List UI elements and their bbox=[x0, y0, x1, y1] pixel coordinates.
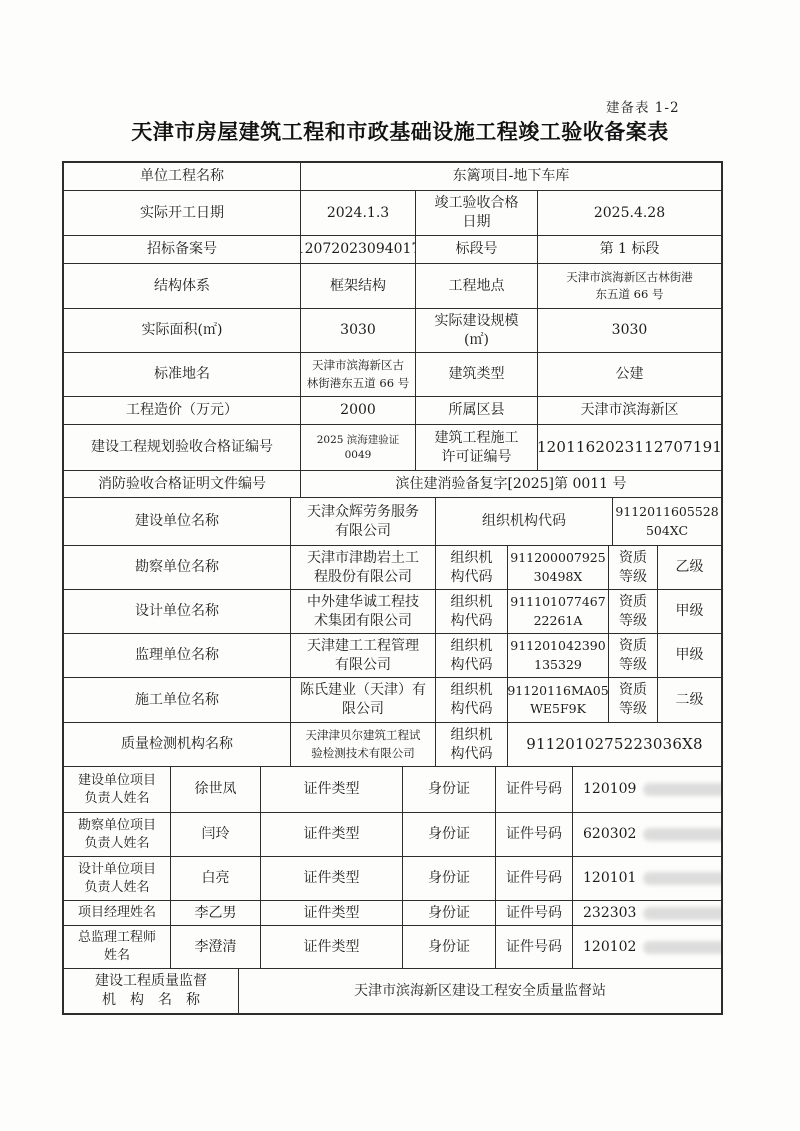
value-cell: 2025.4.28 bbox=[538, 191, 721, 235]
table-row: 工程造价（万元）2000所属区县天津市滨海新区 bbox=[64, 397, 721, 425]
label-cell: 标准地名 bbox=[64, 353, 301, 396]
form-code: 建备表 1-2 bbox=[606, 96, 680, 116]
value-cell: 120101 bbox=[573, 857, 721, 900]
value-cell: 身份证 bbox=[403, 926, 496, 968]
value-cell: 二级 bbox=[658, 678, 721, 722]
label-cell: 建设工程规划验收合格证编号 bbox=[64, 425, 301, 470]
label-cell: 总监理工程师 姓名 bbox=[64, 926, 171, 968]
label-cell: 工程地点 bbox=[416, 264, 538, 308]
label-cell: 证件类型 bbox=[261, 926, 403, 968]
value-cell: 1201162023112707191 bbox=[538, 425, 721, 470]
value-cell: 620302 bbox=[573, 813, 721, 856]
value-cell: 滨住建消验备复字[2025]第 0011 号 bbox=[301, 471, 721, 497]
label-cell: 勘察单位名称 bbox=[64, 546, 291, 589]
label-cell: 证件类型 bbox=[261, 813, 403, 856]
value-cell: 身份证 bbox=[403, 767, 496, 812]
value-cell: 甲级 bbox=[658, 590, 721, 633]
label-cell: 结构体系 bbox=[64, 264, 301, 308]
value-cell: 3030 bbox=[538, 309, 721, 352]
table-row: 勘察单位名称天津市津勘岩土工 程股份有限公司组织机 构代码91120000792… bbox=[64, 546, 721, 590]
label-cell: 证件类型 bbox=[261, 767, 403, 812]
table-row: 勘察单位项目 负责人姓名闫玲证件类型身份证证件号码620302 bbox=[64, 813, 721, 857]
redaction-blur bbox=[643, 907, 721, 920]
table-row: 设计单位名称中外建华诚工程技 术集团有限公司组织机 构代码91110107746… bbox=[64, 590, 721, 634]
page: { "page": { "form_code": "建备表 1-2", "tit… bbox=[0, 0, 800, 1131]
value-cell: 身份证 bbox=[403, 857, 496, 900]
table-row: 建设单位名称天津众辉劳务服务 有限公司组织机构代码9112011605528 5… bbox=[64, 498, 721, 546]
label-cell: 证件号码 bbox=[496, 813, 573, 856]
table-row: 项目经理姓名李乙男证件类型身份证证件号码232303 bbox=[64, 901, 721, 926]
value-cell: 2025 滨海建验证 0049 bbox=[301, 425, 416, 470]
label-cell: 证件号码 bbox=[496, 901, 573, 925]
table-row: 监理单位名称天津建工工程管理 有限公司组织机 构代码911201042390 1… bbox=[64, 634, 721, 678]
label-cell: 实际开工日期 bbox=[64, 191, 301, 235]
table-row: 建设单位项目 负责人姓名徐世凤证件类型身份证证件号码120109 bbox=[64, 767, 721, 813]
table-row: 实际面积(㎡)3030实际建设规模 (㎡)3030 bbox=[64, 309, 721, 353]
value-cell: 天津市滨海新区 bbox=[538, 397, 721, 424]
label-cell: 设计单位名称 bbox=[64, 590, 291, 633]
table-row: 结构体系框架结构工程地点天津市滨海新区古林街港 东五道 66 号 bbox=[64, 264, 721, 309]
value-cell: 框架结构 bbox=[301, 264, 416, 308]
table-row: 消防验收合格证明文件编号滨住建消验备复字[2025]第 0011 号 bbox=[64, 471, 721, 498]
value-cell: 徐世凤 bbox=[171, 767, 261, 812]
value-cell: 身份证 bbox=[403, 813, 496, 856]
value-cell: 白亮 bbox=[171, 857, 261, 900]
label-cell: 勘察单位项目 负责人姓名 bbox=[64, 813, 171, 856]
label-cell: 资质 等级 bbox=[609, 678, 658, 722]
table-row: 质量检测机构名称天津津贝尔建筑工程试 验检测技术有限公司组织机 构代码91120… bbox=[64, 723, 721, 767]
label-cell: 工程造价（万元） bbox=[64, 397, 301, 424]
value-cell: 120109 bbox=[573, 767, 721, 812]
label-cell: 建设工程质量监督 机 构 名 称 bbox=[64, 969, 239, 1013]
table-row: 标准地名天津市滨海新区古 林街港东五道 66 号建筑类型公建 bbox=[64, 353, 721, 397]
label-cell: 消防验收合格证明文件编号 bbox=[64, 471, 301, 497]
label-cell: 证件类型 bbox=[261, 857, 403, 900]
table-row: 实际开工日期2024.1.3竣工验收合格 日期2025.4.28 bbox=[64, 191, 721, 236]
value-cell: 2024.1.3 bbox=[301, 191, 416, 235]
label-cell: 单位工程名称 bbox=[64, 163, 301, 190]
value-cell: 天津市滨海新区建设工程安全质量监督站 bbox=[239, 969, 721, 1013]
value-cell: 911201042390 135329 bbox=[508, 634, 609, 677]
value-cell: 12072023094017 bbox=[301, 236, 416, 263]
label-cell: 项目经理姓名 bbox=[64, 901, 171, 925]
label-cell: 建筑类型 bbox=[416, 353, 538, 396]
value-cell: 911101077467 22261A bbox=[508, 590, 609, 633]
value-cell: 李澄清 bbox=[171, 926, 261, 968]
value-cell: 东篱项目-地下车库 bbox=[301, 163, 721, 190]
label-cell: 设计单位项目 负责人姓名 bbox=[64, 857, 171, 900]
label-cell: 证件类型 bbox=[261, 901, 403, 925]
table-row: 设计单位项目 负责人姓名白亮证件类型身份证证件号码120101 bbox=[64, 857, 721, 901]
label-cell: 组织机 构代码 bbox=[436, 723, 508, 766]
id-number-prefix: 232303 bbox=[583, 904, 636, 923]
table-row: 施工单位名称陈氏建业（天津）有 限公司组织机 构代码91120116MA05 W… bbox=[64, 678, 721, 723]
table-row: 单位工程名称东篱项目-地下车库 bbox=[64, 163, 721, 191]
id-number-prefix: 120101 bbox=[583, 869, 636, 888]
label-cell: 组织机 构代码 bbox=[436, 546, 508, 589]
value-cell: 911200007925 30498X bbox=[508, 546, 609, 589]
redaction-blur bbox=[643, 941, 721, 954]
value-cell: 天津建工工程管理 有限公司 bbox=[291, 634, 436, 677]
label-cell: 建设单位项目 负责人姓名 bbox=[64, 767, 171, 812]
value-cell: 天津众辉劳务服务 有限公司 bbox=[291, 498, 436, 545]
label-cell: 标段号 bbox=[416, 236, 538, 263]
value-cell: 天津市津勘岩土工 程股份有限公司 bbox=[291, 546, 436, 589]
label-cell: 所属区县 bbox=[416, 397, 538, 424]
value-cell: 3030 bbox=[301, 309, 416, 352]
value-cell: 公建 bbox=[538, 353, 721, 396]
label-cell: 组织机 构代码 bbox=[436, 678, 508, 722]
id-number-prefix: 620302 bbox=[583, 825, 636, 844]
page-title: 天津市房屋建筑工程和市政基础设施工程竣工验收备案表 bbox=[0, 116, 800, 146]
label-cell: 组织机构代码 bbox=[436, 498, 613, 545]
label-cell: 资质 等级 bbox=[609, 546, 658, 589]
value-cell: 李乙男 bbox=[171, 901, 261, 925]
label-cell: 实际面积(㎡) bbox=[64, 309, 301, 352]
value-cell: 乙级 bbox=[658, 546, 721, 589]
value-cell: 中外建华诚工程技 术集团有限公司 bbox=[291, 590, 436, 633]
table-row: 总监理工程师 姓名李澄清证件类型身份证证件号码120102 bbox=[64, 926, 721, 969]
table-row: 招标备案号12072023094017标段号第 1 标段 bbox=[64, 236, 721, 264]
label-cell: 资质 等级 bbox=[609, 590, 658, 633]
value-cell: 身份证 bbox=[403, 901, 496, 925]
label-cell: 招标备案号 bbox=[64, 236, 301, 263]
label-cell: 建设单位名称 bbox=[64, 498, 291, 545]
id-number-prefix: 120109 bbox=[583, 780, 636, 799]
table-row: 建设工程规划验收合格证编号2025 滨海建验证 0049建筑工程施工 许可证编号… bbox=[64, 425, 721, 471]
value-cell: 陈氏建业（天津）有 限公司 bbox=[291, 678, 436, 722]
value-cell: 9112010275223036X8 bbox=[508, 723, 721, 766]
filing-table: 单位工程名称东篱项目-地下车库实际开工日期2024.1.3竣工验收合格 日期20… bbox=[62, 161, 723, 1015]
value-cell: 232303 bbox=[573, 901, 721, 925]
value-cell: 第 1 标段 bbox=[538, 236, 721, 263]
table-row: 建设工程质量监督 机 构 名 称天津市滨海新区建设工程安全质量监督站 bbox=[64, 969, 721, 1013]
label-cell: 建筑工程施工 许可证编号 bbox=[416, 425, 538, 470]
label-cell: 质量检测机构名称 bbox=[64, 723, 291, 766]
label-cell: 证件号码 bbox=[496, 767, 573, 812]
label-cell: 证件号码 bbox=[496, 926, 573, 968]
value-cell: 天津市滨海新区古 林街港东五道 66 号 bbox=[301, 353, 416, 396]
label-cell: 竣工验收合格 日期 bbox=[416, 191, 538, 235]
id-number-prefix: 120102 bbox=[583, 938, 636, 957]
label-cell: 组织机 构代码 bbox=[436, 590, 508, 633]
label-cell: 实际建设规模 (㎡) bbox=[416, 309, 538, 352]
redaction-blur bbox=[643, 828, 721, 841]
label-cell: 证件号码 bbox=[496, 857, 573, 900]
redaction-blur bbox=[643, 872, 721, 885]
redaction-blur bbox=[643, 783, 721, 796]
value-cell: 9112011605528 504XC bbox=[613, 498, 721, 545]
value-cell: 天津津贝尔建筑工程试 验检测技术有限公司 bbox=[291, 723, 436, 766]
value-cell: 120102 bbox=[573, 926, 721, 968]
label-cell: 组织机 构代码 bbox=[436, 634, 508, 677]
label-cell: 资质 等级 bbox=[609, 634, 658, 677]
value-cell: 2000 bbox=[301, 397, 416, 424]
value-cell: 甲级 bbox=[658, 634, 721, 677]
value-cell: 91120116MA05 WE5F9K bbox=[508, 678, 609, 722]
label-cell: 监理单位名称 bbox=[64, 634, 291, 677]
value-cell: 天津市滨海新区古林街港 东五道 66 号 bbox=[538, 264, 721, 308]
label-cell: 施工单位名称 bbox=[64, 678, 291, 722]
value-cell: 闫玲 bbox=[171, 813, 261, 856]
